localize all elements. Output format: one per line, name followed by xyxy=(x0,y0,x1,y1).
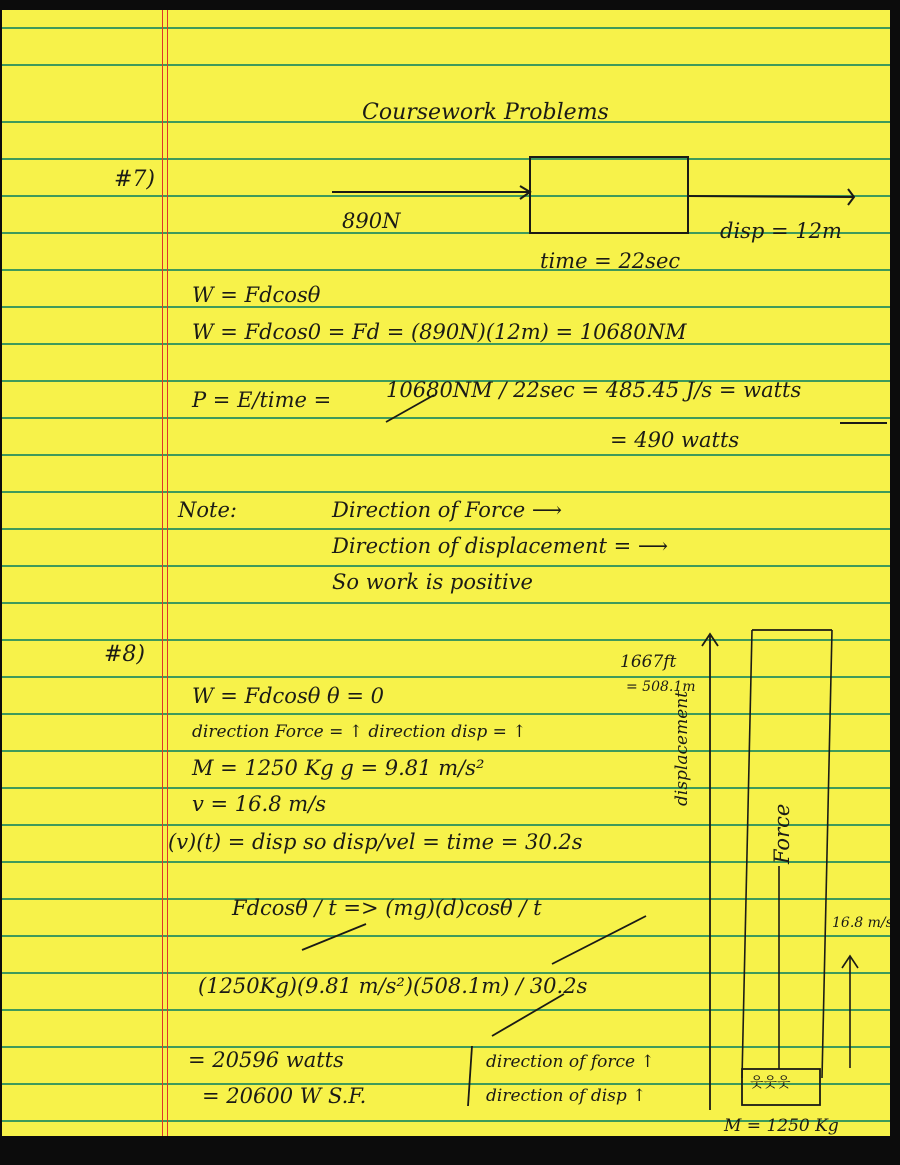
force-vertical-label: Force xyxy=(772,804,793,864)
legal-pad-page: Coursework Problems #7) 890N disp = 12m … xyxy=(2,6,890,1136)
scan-border-top xyxy=(0,0,900,10)
velocity-label: 16.8 m/s xyxy=(832,916,890,930)
scan-border-bottom xyxy=(0,1138,900,1165)
problem-8-diagram xyxy=(2,6,890,1136)
mass-label: M = 1250 Kg xyxy=(724,1118,839,1135)
people-in-elevator-icon: 웃웃웃 xyxy=(750,1076,791,1090)
displacement-vertical-label: displacement xyxy=(674,691,691,806)
scan-border-right xyxy=(890,0,900,1165)
